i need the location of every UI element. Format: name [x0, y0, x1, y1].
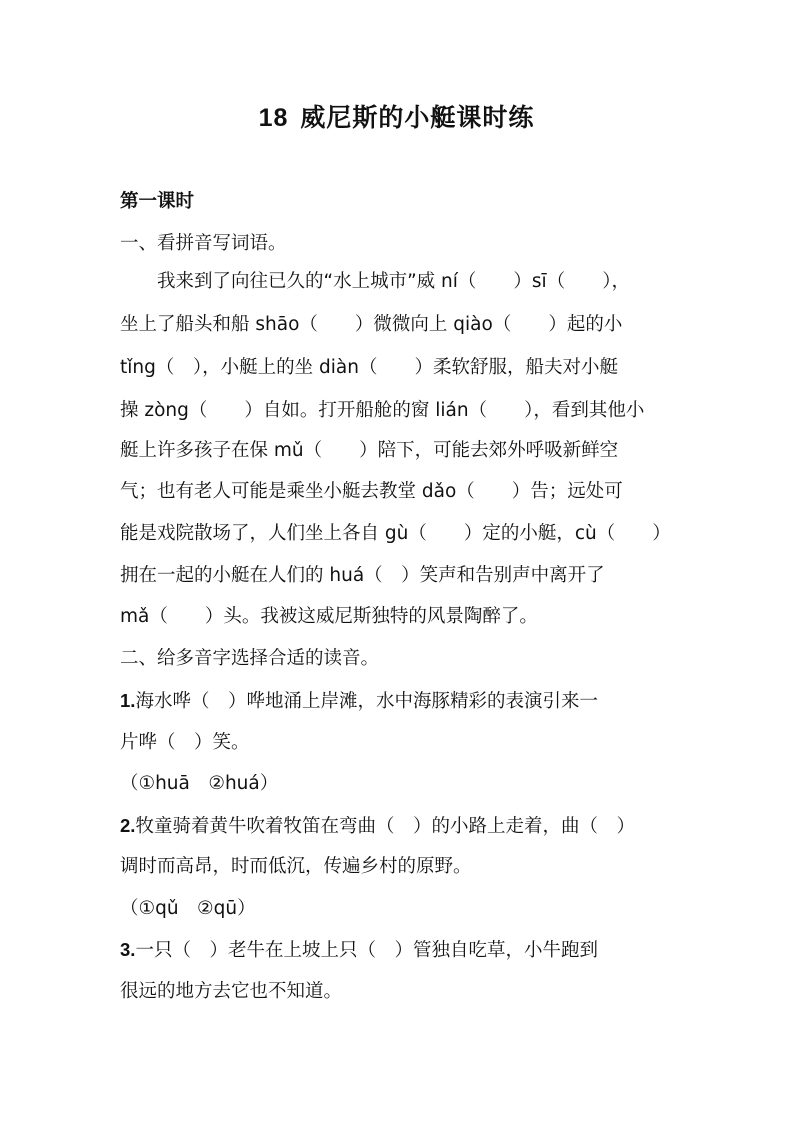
section2-heading: 二、给多音字选择合适的读音。	[120, 645, 680, 673]
section1-line: 我来到了向往已久的“水上城市”威 ní（ ）sī（ ），	[120, 268, 680, 296]
question-text: 一只（ ）老牛在上坡上只（ ）管独自吃草，小牛跑到	[135, 940, 598, 961]
question-2-line: 调时而高昂，时而低沉，传遍乡村的原野。	[120, 853, 680, 881]
lesson-label: 第一课时	[120, 188, 680, 216]
section1-line: 坐上了船头和船 shāo（ ）微微向上 qiào（ ）起的小	[120, 311, 680, 339]
question-2-line: 2.牧童骑着黄牛吹着牧笛在弯曲（ ）的小路上走着，曲（ ）	[120, 812, 680, 841]
section1-line: 能是戏院散场了，人们坐上各自 gù（ ）定的小艇，cù（ ）	[120, 520, 680, 548]
question-1-options: （①huā ②huá）	[120, 770, 680, 798]
title-number: 18	[259, 104, 289, 132]
section1-line: 气；也有老人可能是乘坐小艇去教堂 dǎo（ ）告；远处可	[120, 478, 680, 506]
question-2-options: （①qǔ ②qū）	[120, 895, 680, 923]
document-page: 18威尼斯的小艇课时练 第一课时 一、看拼音写词语。 我来到了向往已久的“水上城…	[0, 0, 793, 1122]
question-3-line: 很远的地方去它也不知道。	[120, 978, 680, 1006]
section1-line: mǎ（ ）头。我被这威尼斯独特的风景陶醉了。	[120, 603, 680, 631]
title-text: 威尼斯的小艇课时练	[300, 103, 534, 132]
question-text: 牧童骑着黄牛吹着牧笛在弯曲（ ）的小路上走着，曲（ ）	[135, 816, 635, 837]
question-3-line: 3.一只（ ）老牛在上坡上只（ ）管独自吃草，小牛跑到	[120, 936, 680, 965]
question-number: 1.	[120, 690, 135, 711]
question-1-line: 片哗（ ）笑。	[120, 729, 680, 757]
section1-line: 艇上许多孩子在保 mǔ（ ）陪下，可能去郊外呼吸新鲜空	[120, 437, 680, 465]
section1-heading: 一、看拼音写词语。	[120, 230, 680, 258]
page-title: 18威尼斯的小艇课时练	[0, 100, 793, 136]
section1-line: 操 zòng（ ）自如。打开船舱的窗 lián（ ），看到其他小	[120, 397, 680, 425]
question-1-line: 1.海水哗（ ）哗地涌上岸滩，水中海豚精彩的表演引来一	[120, 687, 680, 716]
section1-line: tǐng（ ），小艇上的坐 diàn（ ）柔软舒服，船夫对小艇	[120, 354, 680, 382]
section1-line: 拥在一起的小艇在人们的 huá（ ）笑声和告别声中离开了	[120, 562, 680, 590]
question-number: 2.	[120, 815, 135, 836]
question-number: 3.	[120, 939, 135, 960]
question-text: 海水哗（ ）哗地涌上岸滩，水中海豚精彩的表演引来一	[135, 691, 598, 712]
